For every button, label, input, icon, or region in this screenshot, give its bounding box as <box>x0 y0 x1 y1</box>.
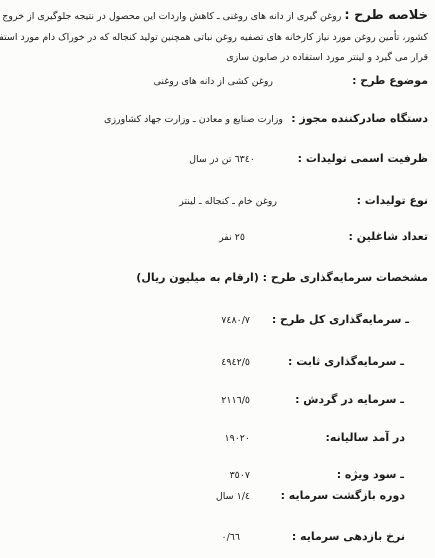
document-page: خلاصه طرح : روغن گیری از دانه های روغنی … <box>0 0 435 558</box>
field-label-license-issuer: دستگاه صادرکننده مجوز : <box>291 112 428 125</box>
investment-row-return-rate: نرخ بازدهی سرمایه : ٠/٦٦ <box>0 530 435 548</box>
investment-row-fixed: ـ سرمایه‌گذاری ثابت : ٤٩٤٢/٥ <box>0 355 435 373</box>
investment-value-payback-period: ١/٤ سال <box>216 491 250 502</box>
investment-value-total: ٧٤٨٠/٧ <box>221 315 250 326</box>
summary-text-2: کشور، تأمین روغن مورد نیاز کارخانه های ت… <box>0 32 428 43</box>
field-label-product-types: نوع تولیدات : <box>357 194 428 207</box>
summary-line-3: قرار می گیرد و لینتر مورد استفاده در صاب… <box>18 48 428 69</box>
field-value-product-types: روغن خام ـ کنجاله ـ لینتر <box>179 196 277 207</box>
investment-row-annual-income: در آمد سالیانه: ١٩٠٢٠ <box>0 431 435 449</box>
summary-line-1: خلاصه طرح : روغن گیری از دانه های روغنی … <box>18 6 428 28</box>
investment-row-total: ـ سرمایه‌گذاری کل طرح : ٧٤٨٠/٧ <box>0 313 435 331</box>
investment-label-payback-period: دوره بازگشت سرمایه : <box>281 489 405 502</box>
field-row-subject: موضوع طرح : روغن کشی از دانه های روغنی <box>0 74 435 92</box>
investment-label-working-capital: ـ سرمایه در گردش : <box>295 393 404 406</box>
summary-text-1: روغن گیری از دانه های روغنی ـ کاهش واردا… <box>0 11 341 22</box>
investment-section-header: مشخصات سرمایه‌گذاری طرح : (ارقام به میلی… <box>136 271 428 284</box>
field-label-subject: موضوع طرح : <box>352 74 428 87</box>
summary-text-3: قرار می گیرد و لینتر مورد استفاده در صاب… <box>226 52 428 63</box>
investment-label-total: ـ سرمایه‌گذاری کل طرح : <box>272 313 409 326</box>
field-value-license-issuer: وزارت صنایع و معادن ـ وزارت جهاد کشاورزی <box>104 114 283 125</box>
investment-row-working-capital: ـ سرمایه در گردش : ٢١١٦/٥ <box>0 393 435 411</box>
field-row-nominal-capacity: ظرفیت اسمی تولیدات : ٦٣٤٠ تن در سال <box>0 152 435 170</box>
investment-label-fixed: ـ سرمایه‌گذاری ثابت : <box>288 355 404 368</box>
investment-label-annual-income: در آمد سالیانه: <box>326 431 405 444</box>
summary-heading: خلاصه طرح : <box>344 8 428 23</box>
field-value-subject: روغن کشی از دانه های روغنی <box>154 76 274 87</box>
summary-line-2: کشور، تأمین روغن مورد نیاز کارخانه های ت… <box>18 28 428 49</box>
investment-value-annual-income: ١٩٠٢٠ <box>224 433 250 444</box>
investment-row-net-profit: ـ سود ویژه : ٣٥٠٧ <box>0 468 435 486</box>
field-row-license-issuer: دستگاه صادرکننده مجوز : وزارت صنایع و مع… <box>0 112 435 130</box>
investment-label-net-profit: ـ سود ویژه : <box>337 468 404 481</box>
investment-row-payback-period: دوره بازگشت سرمایه : ١/٤ سال <box>0 489 435 507</box>
project-summary-paragraph: خلاصه طرح : روغن گیری از دانه های روغنی … <box>18 6 428 69</box>
investment-value-net-profit: ٣٥٠٧ <box>230 470 250 481</box>
investment-label-return-rate: نرخ بازدهی سرمایه : <box>292 530 405 543</box>
field-row-product-types: نوع تولیدات : روغن خام ـ کنجاله ـ لینتر <box>0 194 435 212</box>
investment-value-working-capital: ٢١١٦/٥ <box>221 395 250 406</box>
field-value-nominal-capacity: ٦٣٤٠ تن در سال <box>189 154 255 165</box>
field-label-nominal-capacity: ظرفیت اسمی تولیدات : <box>298 152 428 165</box>
field-row-employee-count: تعداد شاغلین : ٢٥ نفر <box>0 230 435 248</box>
investment-value-fixed: ٤٩٤٢/٥ <box>221 357 250 368</box>
investment-value-return-rate: ٠/٦٦ <box>221 532 240 543</box>
field-label-employee-count: تعداد شاغلین : <box>348 230 428 243</box>
field-value-employee-count: ٢٥ نفر <box>219 232 245 243</box>
